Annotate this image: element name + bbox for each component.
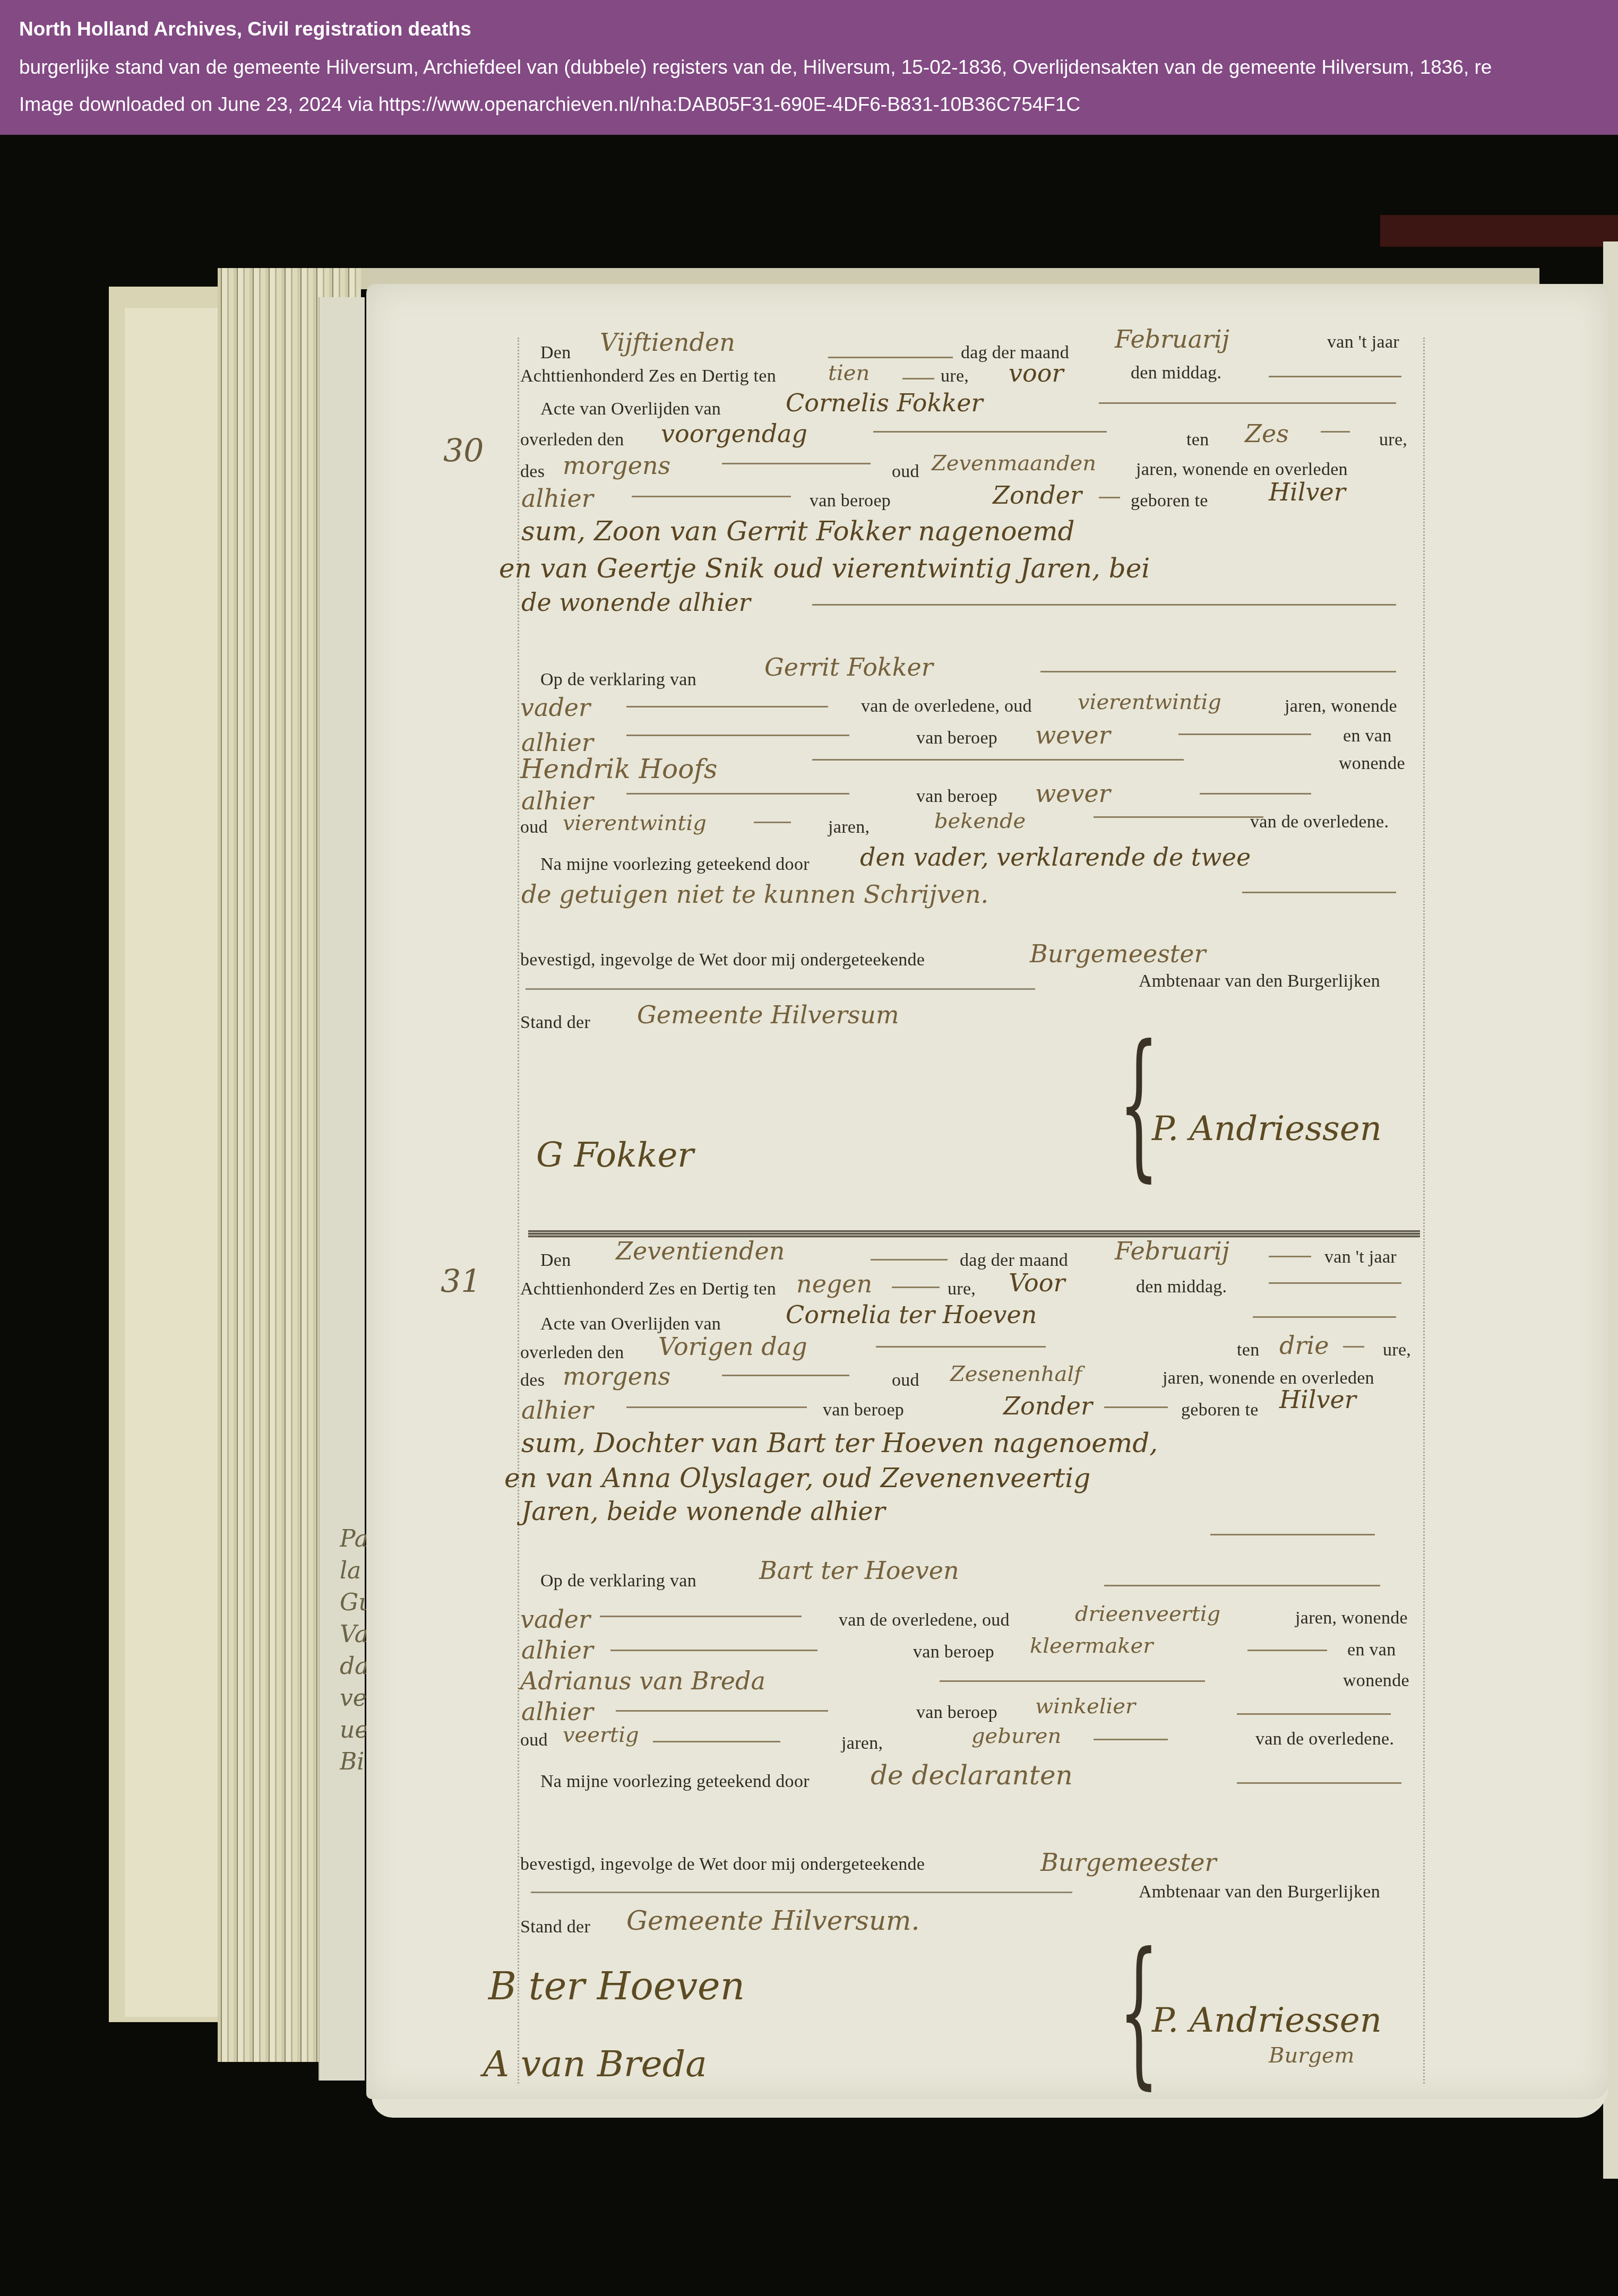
label-stand-der: Stand der	[520, 1917, 590, 1937]
archive-banner: North Holland Archives, Civil registrati…	[0, 0, 1618, 135]
fill-line	[610, 1650, 817, 1651]
hw-occupation: Zonder	[1003, 1392, 1092, 1420]
fill-line	[902, 378, 934, 379]
hw-hour: tien	[828, 361, 870, 385]
fill-line	[1040, 671, 1396, 672]
label-van-beroep3: van beroep	[916, 1703, 997, 1723]
hw-official: Burgemeester	[1030, 939, 1206, 968]
hw-declarant1-rel: vader	[520, 693, 590, 722]
hw-declarant2-rel: geburen	[971, 1724, 1061, 1748]
label-na-mijne: Na mijne voorlezing geteekend door	[540, 854, 810, 875]
hw-declarant1-occ: wever	[1035, 721, 1111, 749]
fill-line	[1104, 1406, 1168, 1408]
hw-declarant2-occ: winkelier	[1035, 1694, 1135, 1719]
label-en-van: en van	[1347, 1640, 1396, 1660]
frag-line: Pa	[340, 1523, 366, 1555]
label-overleden-den: overleden den	[520, 430, 624, 450]
fill-line	[626, 706, 828, 707]
label-oud: oud	[892, 462, 919, 482]
hw-official: Burgemeester	[1040, 1848, 1216, 1877]
label-ten: ten	[1237, 1340, 1259, 1360]
signature-declarant-2: A van Breda	[483, 2043, 707, 2085]
fill-line	[632, 496, 791, 497]
hw-declarant1-age: vierentwintig	[1078, 690, 1221, 714]
label-ure2: ure,	[1383, 1340, 1411, 1360]
hw-declarant2-res: alhier	[521, 1697, 593, 1726]
signature-declarant: G Fokker	[536, 1136, 694, 1175]
hw-declarant2-occ: wever	[1035, 779, 1111, 808]
label-van-t-jaar: van 't jaar	[1327, 332, 1399, 352]
signature-declarant-1: B ter Hoeven	[488, 1964, 745, 2008]
hw-part-of-day: morgens	[563, 451, 670, 480]
signature-official: P. Andriessen	[1152, 1109, 1382, 1149]
signature-official: P. Andriessen	[1152, 2001, 1382, 2040]
hw-deceased: Cornelia ter Hoeven	[786, 1300, 1037, 1329]
hw-month: Februarij	[1115, 325, 1229, 353]
label-des: des	[520, 462, 545, 482]
label-van-beroep2: van beroep	[916, 728, 997, 748]
frag-line: Gu	[340, 1587, 366, 1619]
frag-line: ve	[340, 1682, 366, 1714]
fill-line	[1269, 376, 1401, 377]
label-ure: ure,	[948, 1279, 976, 1299]
label-van-de-overledene: van de overledene.	[1250, 812, 1389, 832]
label-acte: Acte van Overlijden van	[540, 399, 721, 419]
book-board-inner	[125, 308, 220, 2017]
fill-line	[871, 1259, 948, 1261]
hw-hour: negen	[796, 1270, 872, 1298]
fill-line	[892, 1287, 940, 1288]
fill-line	[1237, 1713, 1391, 1715]
hw-signed-by2: de getuigen niet te kunnen Schrijven.	[521, 880, 988, 909]
signature-official-title: Burgem	[1269, 2043, 1354, 2068]
fill-line	[1200, 793, 1311, 795]
hw-ampm: voor	[1009, 359, 1063, 387]
fill-line	[1099, 402, 1396, 404]
label-ure2: ure,	[1379, 430, 1407, 450]
hw-part-of-day: morgens	[563, 1362, 670, 1391]
hw-body-line1: sum, Dochter van Bart ter Hoeven nagenoe…	[521, 1428, 1158, 1458]
hw-body-line1: sum, Zoon van Gerrit Fokker nagenoemd	[521, 516, 1075, 547]
label-van-beroep3: van beroep	[916, 787, 997, 807]
label-jaren: jaren,	[828, 817, 870, 838]
brace-icon: {	[1118, 1024, 1159, 1184]
label-wonende: wonende	[1339, 754, 1405, 774]
fill-line	[1210, 1534, 1375, 1535]
hw-declarant1-age: drieenveertig	[1075, 1602, 1220, 1626]
banner-title: North Holland Archives, Civil registrati…	[19, 18, 471, 40]
fill-line	[873, 431, 1107, 433]
hw-declarant1: Gerrit Fokker	[764, 653, 933, 681]
fill-line	[1343, 1346, 1364, 1348]
label-year: Achttienhonderd Zes en Dertig ten	[520, 366, 776, 386]
label-den: Den	[540, 343, 571, 363]
fill-line	[626, 793, 849, 795]
fill-line	[1321, 431, 1350, 433]
fill-line	[812, 759, 1184, 761]
label-den: Den	[540, 1250, 571, 1271]
hw-declarant1-res: alhier	[521, 1636, 593, 1664]
hw-died-day: Vorigen dag	[658, 1332, 807, 1361]
frag-line: la	[340, 1555, 366, 1587]
hw-body-line3: Jaren, beide wonende alhier	[521, 1497, 885, 1526]
left-page-text-fragment: Pa la Gu Va da ve ue Bi	[340, 1523, 366, 1799]
hw-declarant1-res: alhier	[521, 728, 593, 757]
fill-line	[1269, 1282, 1401, 1284]
signature-rule	[526, 988, 1035, 990]
frag-line: Va	[340, 1619, 366, 1651]
hw-declarant2: Adrianus van Breda	[520, 1667, 765, 1695]
label-year: Achttienhonderd Zes en Dertig ten	[520, 1279, 776, 1299]
label-van-beroep: van beroep	[810, 491, 891, 511]
label-van-de-overledene: van de overledene.	[1255, 1729, 1394, 1749]
fill-line	[616, 1710, 828, 1712]
hw-stand: Gemeente Hilversum	[637, 1000, 899, 1029]
hw-declarant1-occ: kleermaker	[1030, 1634, 1153, 1658]
label-na-mijne: Na mijne voorlezing geteekend door	[540, 1772, 810, 1792]
hw-body-line2: en van Anna Olyslager, oud Zevenenveerti…	[504, 1463, 1090, 1494]
fill-line	[754, 822, 791, 823]
label-jaren-wonende: jaren, wonende en overleden	[1136, 460, 1348, 480]
hw-deceased: Cornelis Fokker	[786, 389, 983, 417]
hw-died-hour: Zes	[1245, 419, 1289, 448]
label-geboren-te: geboren te	[1181, 1400, 1259, 1420]
label-oud2: oud	[520, 1730, 548, 1750]
label-des: des	[520, 1370, 545, 1391]
label-wonende: wonende	[1343, 1671, 1409, 1691]
hw-declarant2: Hendrik Hoofs	[520, 754, 717, 784]
label-van-de-overledene-oud: van de overledene, oud	[861, 696, 1032, 717]
fill-line	[1099, 497, 1120, 498]
hw-declarant2-age: vierentwintig	[563, 811, 707, 835]
label-stand-der: Stand der	[520, 1013, 590, 1033]
hw-signed-by: den vader, verklarende de twee	[860, 843, 1251, 871]
binding-cloth	[1380, 215, 1618, 247]
label-op-de-verklaring: Op de verklaring van	[540, 1571, 696, 1591]
fill-line	[828, 357, 953, 358]
banner-description: burgerlijke stand van de gemeente Hilver…	[19, 56, 1492, 79]
previous-page-edge	[319, 297, 365, 2081]
label-en-van: en van	[1343, 726, 1391, 746]
hw-birthplace: Hilver	[1269, 478, 1346, 506]
act-number: 30	[443, 433, 484, 470]
fill-line	[626, 1406, 807, 1408]
hw-occupation: Zonder	[993, 481, 1082, 510]
act-number: 31	[441, 1263, 481, 1300]
fill-line	[1178, 733, 1311, 735]
fill-line	[940, 1680, 1205, 1682]
fill-line	[1269, 1256, 1311, 1257]
banner-source: Image downloaded on June 23, 2024 via ht…	[19, 93, 1080, 116]
label-bevestigd: bevestigd, ingevolge de Wet door mij ond…	[520, 950, 925, 970]
label-oud2: oud	[520, 817, 548, 838]
label-jaren: jaren,	[841, 1733, 883, 1754]
label-geboren-te: geboren te	[1131, 491, 1208, 511]
hw-died-day: voorgendag	[661, 419, 807, 448]
label-op-de-verklaring: Op de verklaring van	[540, 670, 696, 690]
fill-line	[1253, 1316, 1396, 1318]
label-van-de-overledene-oud: van de overledene, oud	[839, 1610, 1010, 1630]
label-acte: Acte van Overlijden van	[540, 1314, 721, 1334]
fill-line	[600, 1616, 802, 1617]
frag-line: ue	[340, 1714, 366, 1746]
hw-age: Zevenmaanden	[932, 451, 1096, 476]
fill-line	[812, 604, 1396, 606]
fill-line	[722, 1375, 849, 1376]
hw-stand: Gemeente Hilversum.	[626, 1905, 919, 1936]
label-van-beroep2: van beroep	[913, 1642, 994, 1662]
fill-line	[1237, 1782, 1401, 1784]
frag-line: Bi	[340, 1746, 366, 1778]
hw-month: Februarij	[1115, 1237, 1229, 1265]
label-ure: ure,	[941, 366, 969, 386]
label-van-beroep: van beroep	[823, 1400, 904, 1420]
hw-body-line3: de wonende alhier	[521, 588, 751, 617]
fill-line	[653, 1741, 780, 1742]
fill-line	[1247, 1650, 1327, 1651]
label-ten: ten	[1186, 430, 1209, 450]
fill-line	[1242, 892, 1396, 893]
hw-declarant2-age: veertig	[563, 1723, 639, 1747]
hw-residence: alhier	[521, 484, 593, 513]
label-oud: oud	[892, 1370, 919, 1391]
label-jaren-wonende2: jaren, wonende	[1285, 696, 1397, 717]
hw-day: Vijftienden	[600, 328, 735, 357]
label-overleden-den: overleden den	[520, 1343, 624, 1363]
fill-line	[1094, 1739, 1168, 1740]
fill-line	[1104, 1585, 1380, 1586]
fill-line	[722, 463, 871, 464]
label-bevestigd: bevestigd, ingevolge de Wet door mij ond…	[520, 1854, 925, 1875]
label-jaren-wonende2: jaren, wonende	[1295, 1608, 1408, 1628]
label-ambtenaar: Ambtenaar van den Burgerlijken	[1139, 1882, 1380, 1902]
fill-line	[1094, 816, 1263, 818]
signature-rule	[531, 1892, 1072, 1893]
label-den-middag: den middag.	[1131, 363, 1221, 383]
label-van-t-jaar: van 't jaar	[1324, 1247, 1397, 1267]
hw-signed-by: de declaranten	[871, 1760, 1073, 1791]
label-dag-der-maand: dag der maand	[960, 1250, 1068, 1271]
hw-day: Zeventienden	[616, 1237, 785, 1265]
hw-declarant1-rel: vader	[520, 1605, 590, 1634]
hw-declarant2-rel: bekende	[934, 809, 1026, 833]
hw-birthplace: Hilver	[1279, 1385, 1356, 1414]
fill-line	[876, 1346, 1046, 1348]
label-den-middag: den middag.	[1136, 1277, 1227, 1297]
hw-ampm: Voor	[1009, 1268, 1065, 1297]
hw-residence: alhier	[521, 1396, 593, 1425]
hw-died-hour: drie	[1279, 1331, 1329, 1360]
hw-age: Zesenenhalf	[950, 1362, 1082, 1386]
fill-line	[626, 735, 849, 736]
hw-body-line2: en van Geertje Snik oud vierentwintig Ja…	[499, 553, 1150, 584]
label-ambtenaar: Ambtenaar van den Burgerlijken	[1139, 971, 1380, 991]
frag-line: da	[340, 1651, 366, 1682]
hw-declarant1: Bart ter Hoeven	[759, 1556, 959, 1585]
